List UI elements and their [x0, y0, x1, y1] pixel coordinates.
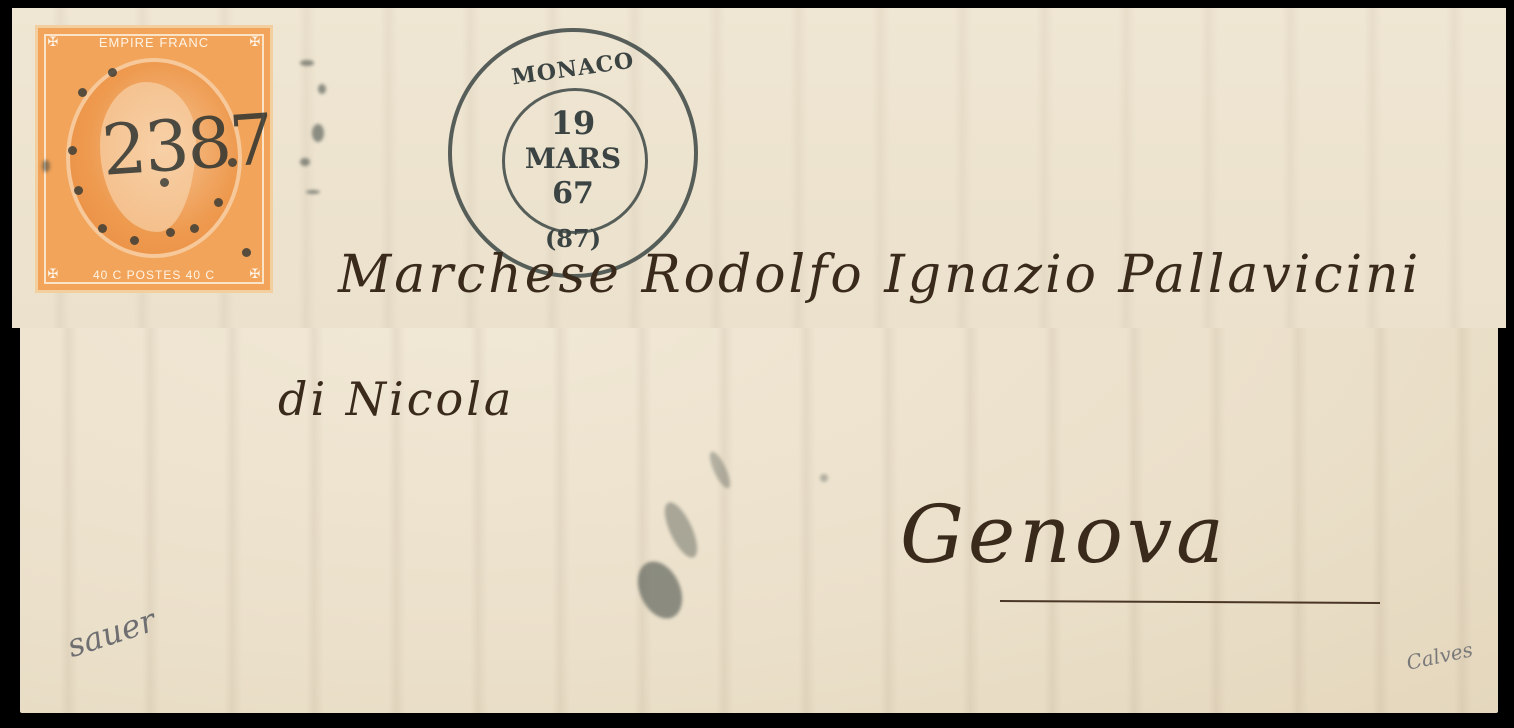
- cancel-dot: [190, 224, 199, 233]
- address-line-recipient: Marchese Rodolfo Ignazio Pallavicini: [338, 245, 1421, 305]
- cancel-dot: [228, 158, 237, 167]
- cancel-smudge: [312, 124, 324, 142]
- stamp-corner-icon: ✠: [246, 34, 264, 52]
- cancel-dot: [68, 146, 77, 155]
- stamp-top-text: EMPIRE FRANC: [62, 32, 246, 54]
- cancel-dot: [130, 236, 139, 245]
- cancel-dot: [74, 186, 83, 195]
- cancel-smudge: [318, 84, 326, 94]
- stamp-corner-icon: ✠: [44, 34, 62, 52]
- stamp-bottom-text: 40 C POSTES 40 C: [62, 264, 246, 286]
- address-line-patronymic: di Nicola: [278, 372, 514, 426]
- stamp-corner-icon: ✠: [246, 266, 264, 284]
- cancel-dot: [78, 88, 87, 97]
- stamp-corner-icon: ✠: [44, 266, 62, 284]
- cancel-smudge: [306, 190, 320, 194]
- cancel-dot: [108, 68, 117, 77]
- address-line-city: Genova: [900, 488, 1228, 581]
- cancel-dot: [214, 198, 223, 207]
- numeral-cancel: 2387: [99, 98, 274, 192]
- ink-smudge: [820, 474, 828, 482]
- cancel-dot: [166, 228, 175, 237]
- postage-stamp: ✠ ✠ ✠ ✠ EMPIRE FRANC 40 C POSTES 40 C 23…: [38, 28, 270, 290]
- cancel-smudge: [300, 158, 310, 166]
- cancel-dot: [242, 248, 251, 257]
- postmark-month: MARS: [452, 142, 694, 175]
- postmark-day: 19: [452, 104, 694, 142]
- cancel-dot: [160, 178, 169, 187]
- date-postmark: MONACO 19 MARS 67 (87): [448, 28, 698, 278]
- scene: ✠ ✠ ✠ ✠ EMPIRE FRANC 40 C POSTES 40 C 23…: [0, 0, 1514, 728]
- cancel-dot: [98, 224, 107, 233]
- cancel-smudge: [300, 60, 314, 66]
- cancel-smudge: [42, 160, 50, 172]
- postmark-year: 67: [452, 176, 694, 211]
